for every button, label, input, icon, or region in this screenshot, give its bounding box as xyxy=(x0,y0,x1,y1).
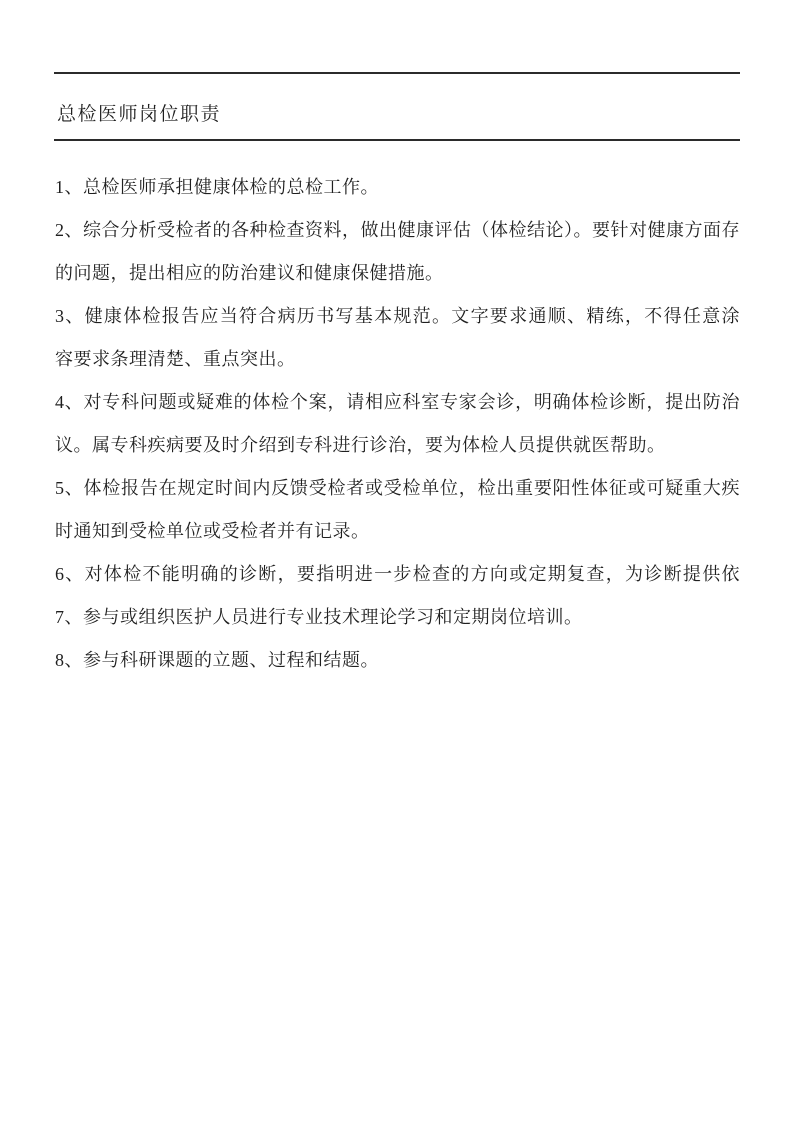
paragraph-line: 1、总检医师承担健康体检的总检工作。 xyxy=(55,166,740,209)
paragraph-line: 6、对体检不能明确的诊断，要指明进一步检查的方向或定期复查，为诊断提供依据。 xyxy=(55,553,740,596)
paragraph-line: 容要求条理清楚、重点突出。 xyxy=(55,338,740,381)
paragraph-1: 1、总检医师承担健康体检的总检工作。 xyxy=(55,166,740,209)
paragraph-4: 4、对专科问题或疑难的体检个案，请相应科室专家会诊，明确体检诊断，提出防治建议。… xyxy=(55,381,740,467)
paragraph-line: 3、健康体检报告应当符合病历书写基本规范。文字要求通顺、精练，不得任意涂改；内 xyxy=(55,295,740,338)
header-bottom-rule xyxy=(54,139,740,141)
paragraph-line: 8、参与科研课题的立题、过程和结题。 xyxy=(55,639,740,682)
paragraph-5: 5、体检报告在规定时间内反馈受检者或受检单位，检出重要阳性体征或可疑重大疾病及时… xyxy=(55,467,740,553)
paragraph-7: 7、参与或组织医护人员进行专业技术理论学习和定期岗位培训。 xyxy=(55,596,740,639)
paragraph-line: 2、综合分析受检者的各种检查资料，做出健康评估（体检结论）。要针对健康方面存在 xyxy=(55,209,740,252)
document-body: 1、总检医师承担健康体检的总检工作。2、综合分析受检者的各种检查资料，做出健康评… xyxy=(55,166,740,682)
paragraph-3: 3、健康体检报告应当符合病历书写基本规范。文字要求通顺、精练，不得任意涂改；内容… xyxy=(55,295,740,381)
paragraph-line: 时通知到受检单位或受检者并有记录。 xyxy=(55,510,740,553)
paragraph-line: 7、参与或组织医护人员进行专业技术理论学习和定期岗位培训。 xyxy=(55,596,740,639)
document-page: 总检医师岗位职责 1、总检医师承担健康体检的总检工作。2、综合分析受检者的各种检… xyxy=(0,0,793,1122)
paragraph-6: 6、对体检不能明确的诊断，要指明进一步检查的方向或定期复查，为诊断提供依据。 xyxy=(55,553,740,596)
paragraph-line: 议。属专科疾病要及时介绍到专科进行诊治，要为体检人员提供就医帮助。 xyxy=(55,424,740,467)
paragraph-line: 的问题，提出相应的防治建议和健康保健措施。 xyxy=(55,252,740,295)
header-top-rule xyxy=(54,72,740,74)
paragraph-line: 4、对专科问题或疑难的体检个案，请相应科室专家会诊，明确体检诊断，提出防治建 xyxy=(55,381,740,424)
paragraph-2: 2、综合分析受检者的各种检查资料，做出健康评估（体检结论）。要针对健康方面存在的… xyxy=(55,209,740,295)
paragraph-line: 5、体检报告在规定时间内反馈受检者或受检单位，检出重要阳性体征或可疑重大疾病及 xyxy=(55,467,740,510)
paragraph-8: 8、参与科研课题的立题、过程和结题。 xyxy=(55,639,740,682)
document-title: 总检医师岗位职责 xyxy=(57,101,221,129)
